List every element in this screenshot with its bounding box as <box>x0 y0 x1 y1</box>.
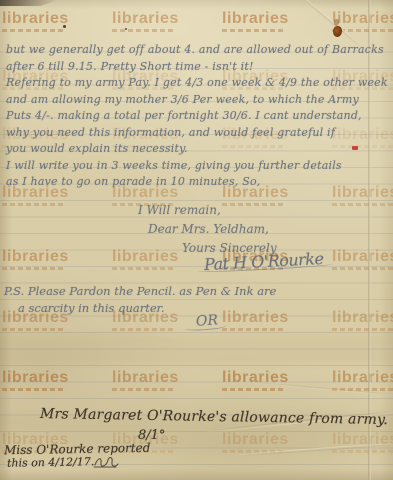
postscript-line: a scarcity in this quarter. <box>18 301 165 315</box>
watermark-text: libraries <box>222 429 312 453</box>
closing-remain: I Will remain, <box>138 203 221 217</box>
watermark-text: libraries <box>332 429 393 453</box>
scan-edge-shadow <box>0 0 58 6</box>
letter-line: but we generally get off about 4. and ar… <box>6 42 388 59</box>
watermark-text: libraries <box>222 367 312 391</box>
watermark-text: libraries <box>222 307 312 331</box>
letter-line: why you need this information, and would… <box>6 125 388 142</box>
wrinkle-crease <box>255 382 393 397</box>
ink-note-date: this on 4/12/17. <box>7 455 94 470</box>
letter-line: and am allowing my mother 3/6 Per week, … <box>6 92 388 109</box>
ink-note-allowance: Mrs Margaret O'Rourke's allowance from a… <box>40 406 388 428</box>
rust-stain <box>333 26 342 37</box>
watermark-text: libraries <box>332 367 393 391</box>
postscript-initials: OR <box>195 312 218 329</box>
postscript-line: P.S. Please Pardon the Pencil. as Pen & … <box>4 284 276 298</box>
letter-line: I will write you in 3 weeks time, giving… <box>6 158 388 175</box>
watermark-text: libraries <box>222 8 312 32</box>
letter-line: after 6 till 9.15. Pretty Short time - i… <box>6 59 388 76</box>
watermark-text: libraries <box>332 246 393 270</box>
initials-flourish <box>92 455 120 469</box>
crease-mark <box>297 0 362 47</box>
letter-page: librarieslibrarieslibrarieslibrarieslibr… <box>0 0 393 480</box>
letter-line: Puts 4/-. making a total per fortnight 3… <box>6 108 388 125</box>
letter-line: you would explain its necessity. <box>6 141 388 158</box>
letter-line: Refering to my army Pay. I get 4/3 one w… <box>6 75 388 92</box>
letter-body: but we generally get off about 4. and ar… <box>6 42 388 191</box>
paper-speck <box>63 25 66 28</box>
closing-addressee: Dear Mrs. Yeldham, <box>148 222 269 236</box>
watermark-text: libraries <box>2 8 92 32</box>
watermark-text: libraries <box>2 246 92 270</box>
watermark-text: libraries <box>112 367 202 391</box>
paper-speck <box>125 28 127 30</box>
wrinkle-crease <box>235 442 393 457</box>
watermark-text: libraries <box>332 307 393 331</box>
letter-line: as I have to go on parade in 10 minutes,… <box>6 174 388 191</box>
watermark-text: libraries <box>2 367 92 391</box>
